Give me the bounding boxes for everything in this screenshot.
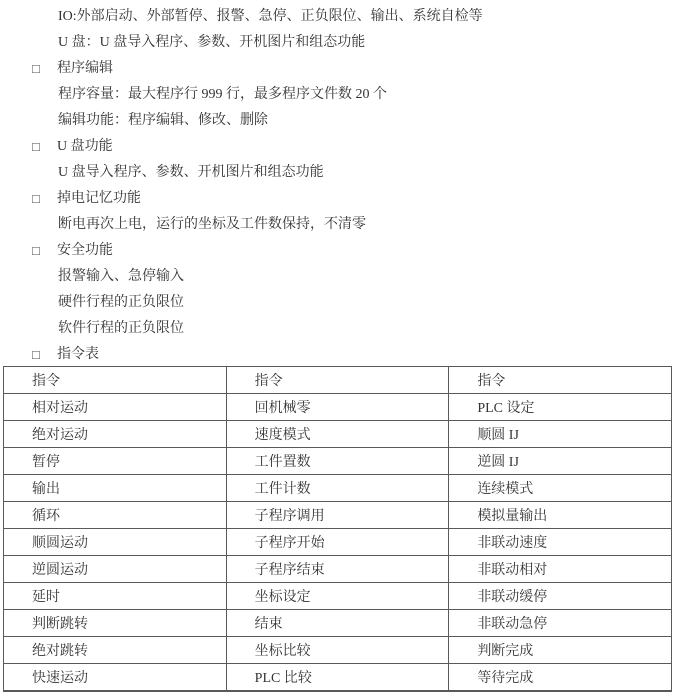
table-cell: 输出 [4,475,227,502]
bullet-label: 安全功能 [57,238,113,264]
table-cell: 逆圆 IJ [449,448,672,475]
bullet-item-command-list: □ 指令表 [0,342,680,368]
feature-line: 硬件行程的正负限位 [0,290,680,316]
feature-line: 软件行程的正负限位 [0,316,680,342]
table-row: 逆圆运动 子程序结束 非联动相对 [4,556,672,583]
table-row: 延时 坐标设定 非联动缓停 [4,583,672,610]
table-cell: 回机械零 [226,394,449,421]
feature-line: 报警输入、急停输入 [0,264,680,290]
bullet-label: U 盘功能 [57,134,113,160]
table-cell: 绝对跳转 [4,637,227,664]
table-cell: 工件计数 [226,475,449,502]
feature-line-io: IO:外部启动、外部暂停、报警、急停、正负限位、输出、系统自检等 [0,4,680,30]
bullet-item-usb-function: □ U 盘功能 [0,134,680,160]
bullet-item-program-edit: □ 程序编辑 [0,56,680,82]
table-cell: PLC 设定 [449,394,672,421]
table-cell: 非联动速度 [449,529,672,556]
table-cell: 顺圆运动 [4,529,227,556]
table-cell: 快速运动 [4,664,227,692]
table-cell: 非联动急停 [449,610,672,637]
table-cell: 速度模式 [226,421,449,448]
bullet-label: 掉电记忆功能 [57,186,141,212]
table-row: 相对运动 回机械零 PLC 设定 [4,394,672,421]
table-cell: 判断跳转 [4,610,227,637]
bullet-label: 指令表 [57,342,99,368]
bullet-item-power-memory: □ 掉电记忆功能 [0,186,680,212]
column-header: 指令 [4,367,227,394]
feature-list: IO:外部启动、外部暂停、报警、急停、正负限位、输出、系统自检等 U 盘：U 盘… [0,4,680,368]
feature-line: 编辑功能：程序编辑、修改、删除 [0,108,680,134]
column-header: 指令 [226,367,449,394]
table-cell: 等待完成 [449,664,672,692]
table-cell: 连续模式 [449,475,672,502]
table-cell: 非联动相对 [449,556,672,583]
table-cell: 非联动缓停 [449,583,672,610]
table-cell: PLC 比较 [226,664,449,692]
bullet-label: 程序编辑 [57,56,113,82]
table-row: 顺圆运动 子程序开始 非联动速度 [4,529,672,556]
table-cell: 工件置数 [226,448,449,475]
table-cell: 结束 [226,610,449,637]
checkbox-bullet-icon: □ [32,342,45,368]
feature-line: U 盘导入程序、参数、开机图片和组态功能 [0,160,680,186]
table-row: 输出 工件计数 连续模式 [4,475,672,502]
table-cell: 顺圆 IJ [449,421,672,448]
table-cell: 暂停 [4,448,227,475]
checkbox-bullet-icon: □ [32,186,45,212]
table-cell: 绝对运动 [4,421,227,448]
table-cell: 判断完成 [449,637,672,664]
bullet-item-safety: □ 安全功能 [0,238,680,264]
table-cell: 子程序开始 [226,529,449,556]
table-row: 绝对运动 速度模式 顺圆 IJ [4,421,672,448]
checkbox-bullet-icon: □ [32,134,45,160]
table-cell: 子程序结束 [226,556,449,583]
table-row: 绝对跳转 坐标比较 判断完成 [4,637,672,664]
table-cell: 模拟量输出 [449,502,672,529]
command-table: 指令 指令 指令 相对运动 回机械零 PLC 设定 绝对运动 速度模式 顺圆 I… [3,366,672,692]
feature-line: 断电再次上电，运行的坐标及工件数保持，不清零 [0,212,680,238]
table-header-row: 指令 指令 指令 [4,367,672,394]
column-header: 指令 [449,367,672,394]
feature-line-usb: U 盘：U 盘导入程序、参数、开机图片和组态功能 [0,30,680,56]
checkbox-bullet-icon: □ [32,238,45,264]
table-row: 判断跳转 结束 非联动急停 [4,610,672,637]
table-row: 快速运动 PLC 比较 等待完成 [4,664,672,692]
table-cell: 延时 [4,583,227,610]
table-cell: 坐标比较 [226,637,449,664]
table-row: 暂停 工件置数 逆圆 IJ [4,448,672,475]
table-cell: 坐标设定 [226,583,449,610]
table-cell: 逆圆运动 [4,556,227,583]
checkbox-bullet-icon: □ [32,56,45,82]
table-cell: 循环 [4,502,227,529]
feature-line: 程序容量：最大程序行 999 行，最多程序文件数 20 个 [0,82,680,108]
table-cell: 相对运动 [4,394,227,421]
table-row: 循环 子程序调用 模拟量输出 [4,502,672,529]
table-cell: 子程序调用 [226,502,449,529]
